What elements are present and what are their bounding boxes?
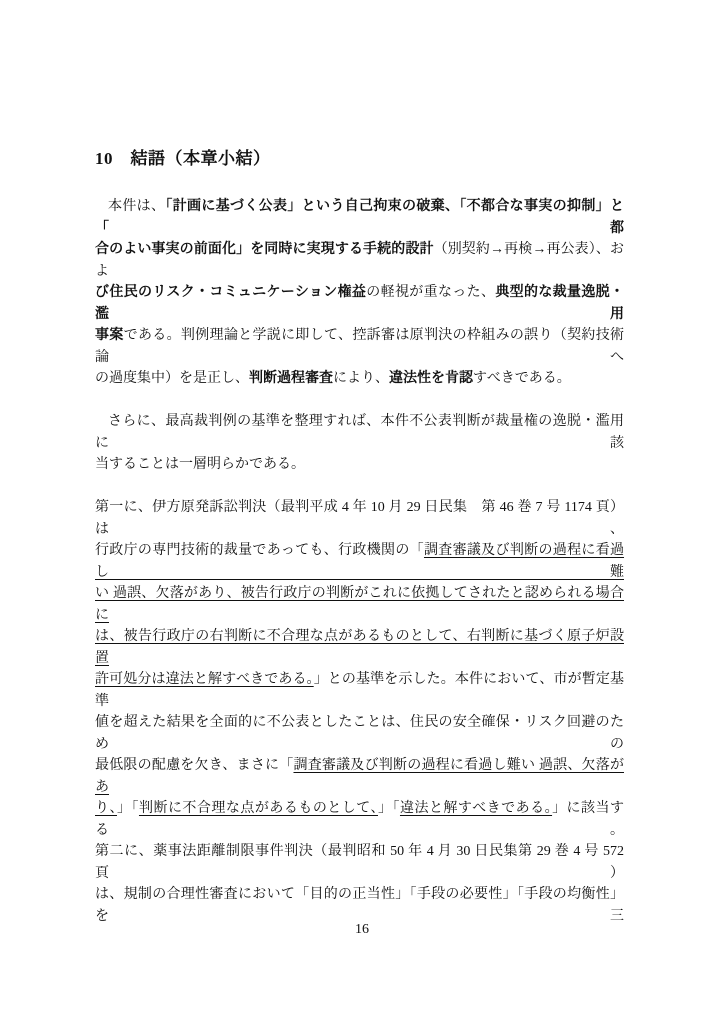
- text-segment: び住民のリスク・コミュニケーション権益: [95, 285, 366, 300]
- text-line: 行政庁の専門技術的裁量であっても、行政機関の「調査審議及び判断の過程に看過し難: [95, 540, 624, 583]
- text-line: り、」「判断に不合理な点があるものとして、」「違法と解すべきである。」に該当する…: [95, 798, 624, 841]
- text-segment: さらに、最高裁判例の基準を整理すれば、本件不公表判断が裁量権の逸脱・濫用に該: [95, 414, 624, 451]
- text-segment: 事案: [95, 328, 124, 343]
- text-segment: 第一に、伊方原発訴訟判決（最判平成 4 年 10 月 29 日民集 第 46 巻…: [95, 500, 624, 537]
- text-segment: 判断に不合理な点があるものとして、: [139, 801, 378, 816]
- text-line: い 過誤、欠落があり、被告行政庁の判断がこれに依拠してされたと認められる場合に: [95, 583, 624, 626]
- text-line: 第一に、伊方原発訴訟判決（最判平成 4 年 10 月 29 日民集 第 46 巻…: [95, 497, 624, 540]
- text-segment: の過度集中）を是正し、: [95, 371, 249, 386]
- text-line: 許可処分は違法と解すべきである。」との基準を示した。本件において、市が暫定基準: [95, 669, 624, 712]
- page-number: 16: [0, 920, 724, 940]
- text-segment: の軽視が重なった、: [366, 285, 495, 300]
- text-line: 最低限の配慮を欠き、まさに「調査審議及び判断の過程に看過し難い 過誤、欠落があ: [95, 755, 624, 798]
- text-segment: 最低限の配慮を欠き、まさに「: [95, 758, 293, 773]
- text-line: は、被告行政庁の右判断に不合理な点があるものとして、右判断に基づく原子炉設 置: [95, 626, 624, 669]
- text-segment: 「計画に基づく公表」という自己拘束の破棄、「不都合な事実の抑制」と「都: [95, 199, 624, 236]
- text-line: び住民のリスク・コミュニケーション権益の軽視が重なった、典型的な裁量逸脱・濫用: [95, 282, 624, 325]
- text-line: 合のよい事実の前面化」を同時に実現する手続的設計（別契約→再検→再公表）、およ: [95, 239, 624, 282]
- text-line: 第二に、薬事法距離制限事件判決（最判昭和 50 年 4 月 30 日民集第 29…: [95, 841, 624, 884]
- text-segment: 違法と解すべきである。: [400, 801, 552, 816]
- text-segment: である。判例理論と学説に即して、控訴審は原判決の枠組みの誤り（契約技術論へ: [95, 328, 624, 365]
- text-segment: 本件は、: [108, 199, 165, 214]
- paragraph: 本件は、「計画に基づく公表」という自己拘束の破棄、「不都合な事実の抑制」と「都合…: [95, 196, 624, 411]
- text-segment: 当することは一層明らかである。: [95, 457, 305, 472]
- text-segment: 第二に、薬事法距離制限事件判決（最判昭和 50 年 4 月 30 日民集第 29…: [95, 844, 624, 881]
- body-text: 本件は、「計画に基づく公表」という自己拘束の破棄、「不都合な事実の抑制」と「都合…: [95, 196, 624, 927]
- text-segment: 合のよい事実の前面化」を同時に実現する手続的設計: [95, 242, 434, 257]
- text-segment: 」「: [378, 801, 400, 816]
- section-heading: 10 結語（本章小結）: [95, 148, 624, 196]
- text-line: さらに、最高裁判例の基準を整理すれば、本件不公表判断が裁量権の逸脱・濫用に該: [95, 411, 624, 454]
- paragraph: さらに、最高裁判例の基準を整理すれば、本件不公表判断が裁量権の逸脱・濫用に該当す…: [95, 411, 624, 497]
- text-segment: 行政庁の専門技術的裁量であっても、行政機関の「: [95, 543, 424, 558]
- text-line: 値を超えた結果を全面的に不公表としたことは、住民の安全確保・リスク回避のための: [95, 712, 624, 755]
- paragraph: 第一に、伊方原発訴訟判決（最判平成 4 年 10 月 29 日民集 第 46 巻…: [95, 497, 624, 841]
- text-segment: り、: [95, 801, 117, 816]
- text-segment: 値を超えた結果を全面的に不公表としたことは、住民の安全確保・リスク回避のための: [95, 715, 624, 752]
- paragraph: 第二に、薬事法距離制限事件判決（最判昭和 50 年 4 月 30 日民集第 29…: [95, 841, 624, 927]
- text-segment: 違法性を肯認: [389, 371, 473, 386]
- text-segment: により、: [333, 371, 389, 386]
- document-page: 10 結語（本章小結） 本件は、「計画に基づく公表」という自己拘束の破棄、「不都…: [0, 0, 724, 1024]
- text-line: 当することは一層明らかである。: [95, 454, 624, 497]
- text-segment: すべきである。: [473, 371, 571, 386]
- page-content: 10 結語（本章小結） 本件は、「計画に基づく公表」という自己拘束の破棄、「不都…: [95, 148, 624, 927]
- text-line: 本件は、「計画に基づく公表」という自己拘束の破棄、「不都合な事実の抑制」と「都: [95, 196, 624, 239]
- text-line: の過度集中）を是正し、判断過程審査により、違法性を肯認すべきである。: [95, 368, 624, 411]
- text-segment: は、規制の合理性審査において「目的の正当性」「手段の必要性」「手段の均衡性」を三: [95, 887, 624, 924]
- text-segment: 許可処分は違法と解すべきである。: [95, 672, 314, 687]
- text-segment: い 過誤、欠落があり、被告行政庁の判断がこれに依拠してされたと認められる場合に: [95, 586, 624, 623]
- text-line: 事案である。判例理論と学説に即して、控訴審は原判決の枠組みの誤り（契約技術論へ: [95, 325, 624, 368]
- text-segment: 判断過程審査: [249, 371, 333, 386]
- text-segment: 」「: [117, 801, 139, 816]
- text-segment: は、被告行政庁の右判断に不合理な点があるものとして、右判断に基づく原子炉設 置: [95, 629, 624, 666]
